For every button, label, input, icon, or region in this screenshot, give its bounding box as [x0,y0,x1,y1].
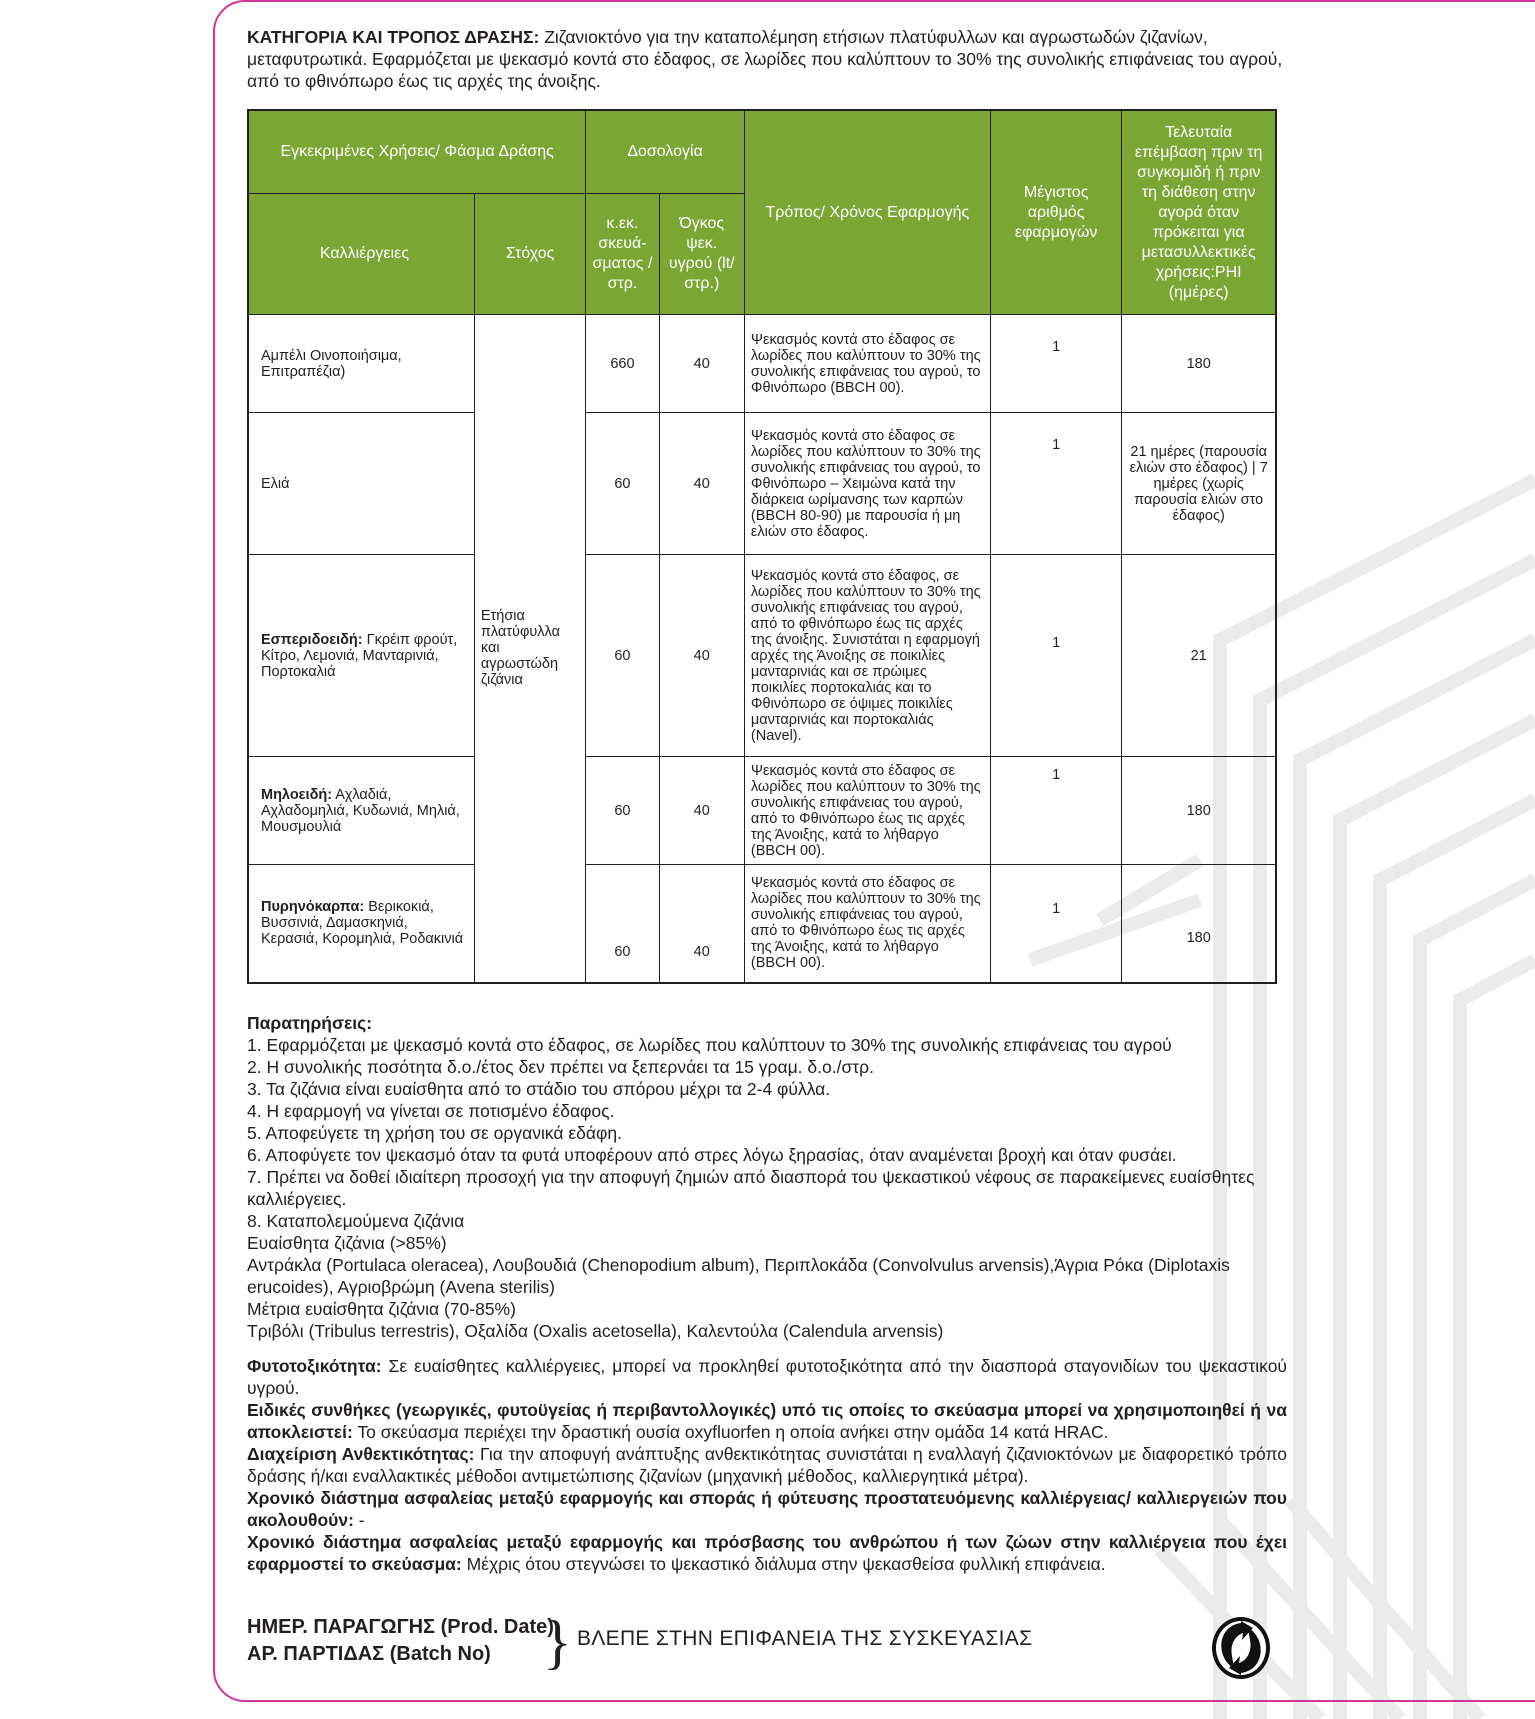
method-cell: Ψεκασμός κοντά στο έδαφος σε λωρίδες που… [744,315,990,413]
max-apps-cell: 1 [990,413,1122,555]
resistance-management-paragraph: Διαχείριση Ανθεκτικότητας: Για την αποφυ… [247,1443,1287,1487]
additional-info-section: Φυτοτοξικότητα: Σε ευαίσθητες καλλιέργει… [247,1355,1287,1575]
target-cell: Ετήσια πλατύφυλλα και αγρωστώδη ζιζάνια [474,315,585,983]
method-cell: Ψεκασμός κοντά στο έδαφος σε λωρίδες που… [744,865,990,983]
intro-paragraph: ΚΑΤΗΓΟΡΙΑ ΚΑΙ ΤΡΟΠΟΣ ΔΡΑΣΗΣ: Ζιζανιοκτόν… [247,26,1287,92]
dose-cell: 60 [586,555,659,757]
notes-list: 1. Εφαρμόζεται με ψεκασμό κοντά στο έδαφ… [247,1034,1287,1342]
notes-title: Παρατηρήσεις: [247,1012,1287,1034]
crop-group: Εσπεριδοειδή: [261,632,363,648]
phytotoxicity-label: Φυτοτοξικότητα: [247,1356,382,1376]
header-target: Στόχος [474,194,585,315]
method-cell: Ψεκασμός κοντά στο έδαφος σε λωρίδες που… [744,413,990,555]
phi-cell: 21 ημέρες (παρουσία ελιών στο έδαφος) | … [1122,413,1276,555]
notes-section: Παρατηρήσεις: 1. Εφαρμόζεται με ψεκασμό … [247,1012,1287,1342]
intro-section: ΚΑΤΗΓΟΡΙΑ ΚΑΙ ΤΡΟΠΟΣ ΔΡΑΣΗΣ: Ζιζανιοκτόν… [247,26,1287,92]
approved-uses-table: Εγκεκριμένες Χρήσεις/ Φάσμα Δράσης Δοσολ… [247,109,1277,984]
production-labels: ΗΜΕΡ. ΠΑΡΑΓΩΓΗΣ (Prod. Date) ΑΡ. ΠΑΡΤΙΔΑ… [247,1614,554,1668]
reentry-interval-text: Μέχρις ότου στεγνώσει το ψεκαστικό διάλυ… [462,1554,1106,1574]
volume-cell: 40 [659,315,744,413]
crop-cell: Εσπεριδοειδή: Γκρέιπ φρούτ, Κίτρο, Λεμον… [248,555,474,757]
footer: ΗΜΕΡ. ΠΑΡΑΓΩΓΗΣ (Prod. Date) ΑΡ. ΠΑΡΤΙΔΑ… [247,1614,1287,1684]
table-row: Πυρηνόκαρπα: Βερικοκιά, Βυσσινιά, Δαμασκ… [248,865,1276,983]
max-apps-cell: 1 [990,315,1122,413]
batch-label: ΑΡ. ΠΑΡΤΙΔΑΣ (Batch No) [247,1641,554,1668]
phi-cell: 180 [1122,315,1276,413]
crop-names: Ελιά [261,476,290,492]
dose-cell: 660 [586,315,659,413]
header-uses-group: Εγκεκριμένες Χρήσεις/ Φάσμα Δράσης [248,110,586,194]
phytotoxicity-text: Σε ευαίσθητες καλλιέργειες, μπορεί να πρ… [247,1356,1287,1398]
note-item: Ευαίσθητα ζιζάνια (>85%) [247,1232,1287,1254]
crop-cell: Πυρηνόκαρπα: Βερικοκιά, Βυσσινιά, Δαμασκ… [248,865,474,983]
note-item: 2. Η συνολικής ποσότητα δ.ο./έτος δεν πρ… [247,1056,1287,1078]
crop-group: Πυρηνόκαρπα: [261,899,364,915]
volume-cell: 40 [659,757,744,865]
replant-interval-text: - [354,1510,365,1530]
note-item: 6. Αποφύγετε τον ψεκασμό όταν τα φυτά υπ… [247,1144,1287,1166]
max-apps-cell: 1 [990,865,1122,983]
phi-cell: 180 [1122,757,1276,865]
table-header-row-1: Εγκεκριμένες Χρήσεις/ Φάσμα Δράσης Δοσολ… [248,110,1276,194]
crop-cell: Μηλοειδή: Αχλαδιά, Αχλαδομηλιά, Κυδωνιά,… [248,757,474,865]
note-item: 4. Η εφαρμογή να γίνεται σε ποτισμένο έδ… [247,1100,1287,1122]
resistance-management-label: Διαχείριση Ανθεκτικότητας: [247,1444,474,1464]
method-cell: Ψεκασμός κοντά στο έδαφος σε λωρίδες που… [744,757,990,865]
green-dot-recycle-icon [1210,1616,1272,1680]
table-row: Μηλοειδή: Αχλαδιά, Αχλαδομηλιά, Κυδωνιά,… [248,757,1276,865]
table-row: Ελιά 60 40 Ψεκασμός κοντά στο έδαφος σε … [248,413,1276,555]
dose-cell: 60 [586,865,659,983]
intro-heading: ΚΑΤΗΓΟΡΙΑ ΚΑΙ ΤΡΟΠΟΣ ΔΡΑΣΗΣ: [247,27,539,47]
note-item: Τριβόλι (Tribulus terrestris), Οξαλίδα (… [247,1320,1287,1342]
volume-cell: 40 [659,865,744,983]
replant-interval-paragraph: Χρονικό διάστημα ασφαλείας μεταξύ εφαρμο… [247,1487,1287,1531]
phi-cell: 21 [1122,555,1276,757]
note-item: Αντράκλα (Portulaca oleracea), Λουβουδιά… [247,1254,1287,1298]
crop-names: Αμπέλι Οινοποιήσιμα, Επιτραπέζια) [261,348,402,380]
crop-group: Μηλοειδή: [261,787,332,803]
table-row: Αμπέλι Οινοποιήσιμα, Επιτραπέζια) Ετήσια… [248,315,1276,413]
header-max-apps: Μέγιστος αριθμός εφαρμογών [990,110,1122,315]
note-item: 5. Αποφεύγετε τη χρήση του σε οργανικά ε… [247,1122,1287,1144]
dose-cell: 60 [586,413,659,555]
crop-cell: Ελιά [248,413,474,555]
see-packaging-text: ΒΛΕΠΕ ΣΤΗΝ ΕΠΙΦΑΝΕΙΑ ΤΗΣ ΣΥΣΚΕΥΑΣΙΑΣ [577,1627,1032,1651]
header-dose: κ.εκ. σκευά- σματος /στρ. [586,194,659,315]
table-row: Εσπεριδοειδή: Γκρέιπ φρούτ, Κίτρο, Λεμον… [248,555,1276,757]
header-crops: Καλλιέργειες [248,194,474,315]
phi-cell: 180 [1122,865,1276,983]
dose-cell: 60 [586,757,659,865]
replant-interval-label: Χρονικό διάστημα ασφαλείας μεταξύ εφαρμο… [247,1488,1287,1530]
header-dosage-group: Δοσολογία [586,110,745,194]
volume-cell: 40 [659,413,744,555]
note-item: 1. Εφαρμόζεται με ψεκασμό κοντά στο έδαφ… [247,1034,1287,1056]
note-item: 8. Καταπολεμούμενα ζιζάνια [247,1210,1287,1232]
header-volume: Όγκος ψεκ. υγρού (lt/ στρ.) [659,194,744,315]
brace: } [543,1612,572,1672]
volume-cell: 40 [659,555,744,757]
header-phi: Τελευταία επέμβαση πριν τη συγκομιδή ή π… [1122,110,1276,315]
phytotoxicity-paragraph: Φυτοτοξικότητα: Σε ευαίσθητες καλλιέργει… [247,1355,1287,1399]
special-conditions-paragraph: Ειδικές συνθήκες (γεωργικές, φυτοϋγείας … [247,1399,1287,1443]
crop-cell: Αμπέλι Οινοποιήσιμα, Επιτραπέζια) [248,315,474,413]
note-item: Μέτρια ευαίσθητα ζιζάνια (70-85%) [247,1298,1287,1320]
special-conditions-text: Το σκεύασμα περιέχει την δραστική ουσία … [353,1422,1109,1442]
max-apps-cell: 1 [990,757,1122,865]
header-method: Τρόπος/ Χρόνος Εφαρμογής [744,110,990,315]
method-cell: Ψεκασμός κοντά στο έδαφος, σε λωρίδες πο… [744,555,990,757]
reentry-interval-paragraph: Χρονικό διάστημα ασφαλείας μεταξύ εφαρμο… [247,1531,1287,1575]
max-apps-cell: 1 [990,555,1122,757]
note-item: 7. Πρέπει να δοθεί ιδιαίτερη προσοχή για… [247,1166,1287,1210]
note-item: 3. Τα ζιζάνια είναι ευαίσθητα από το στά… [247,1078,1287,1100]
prod-date-label: ΗΜΕΡ. ΠΑΡΑΓΩΓΗΣ (Prod. Date) [247,1614,554,1641]
